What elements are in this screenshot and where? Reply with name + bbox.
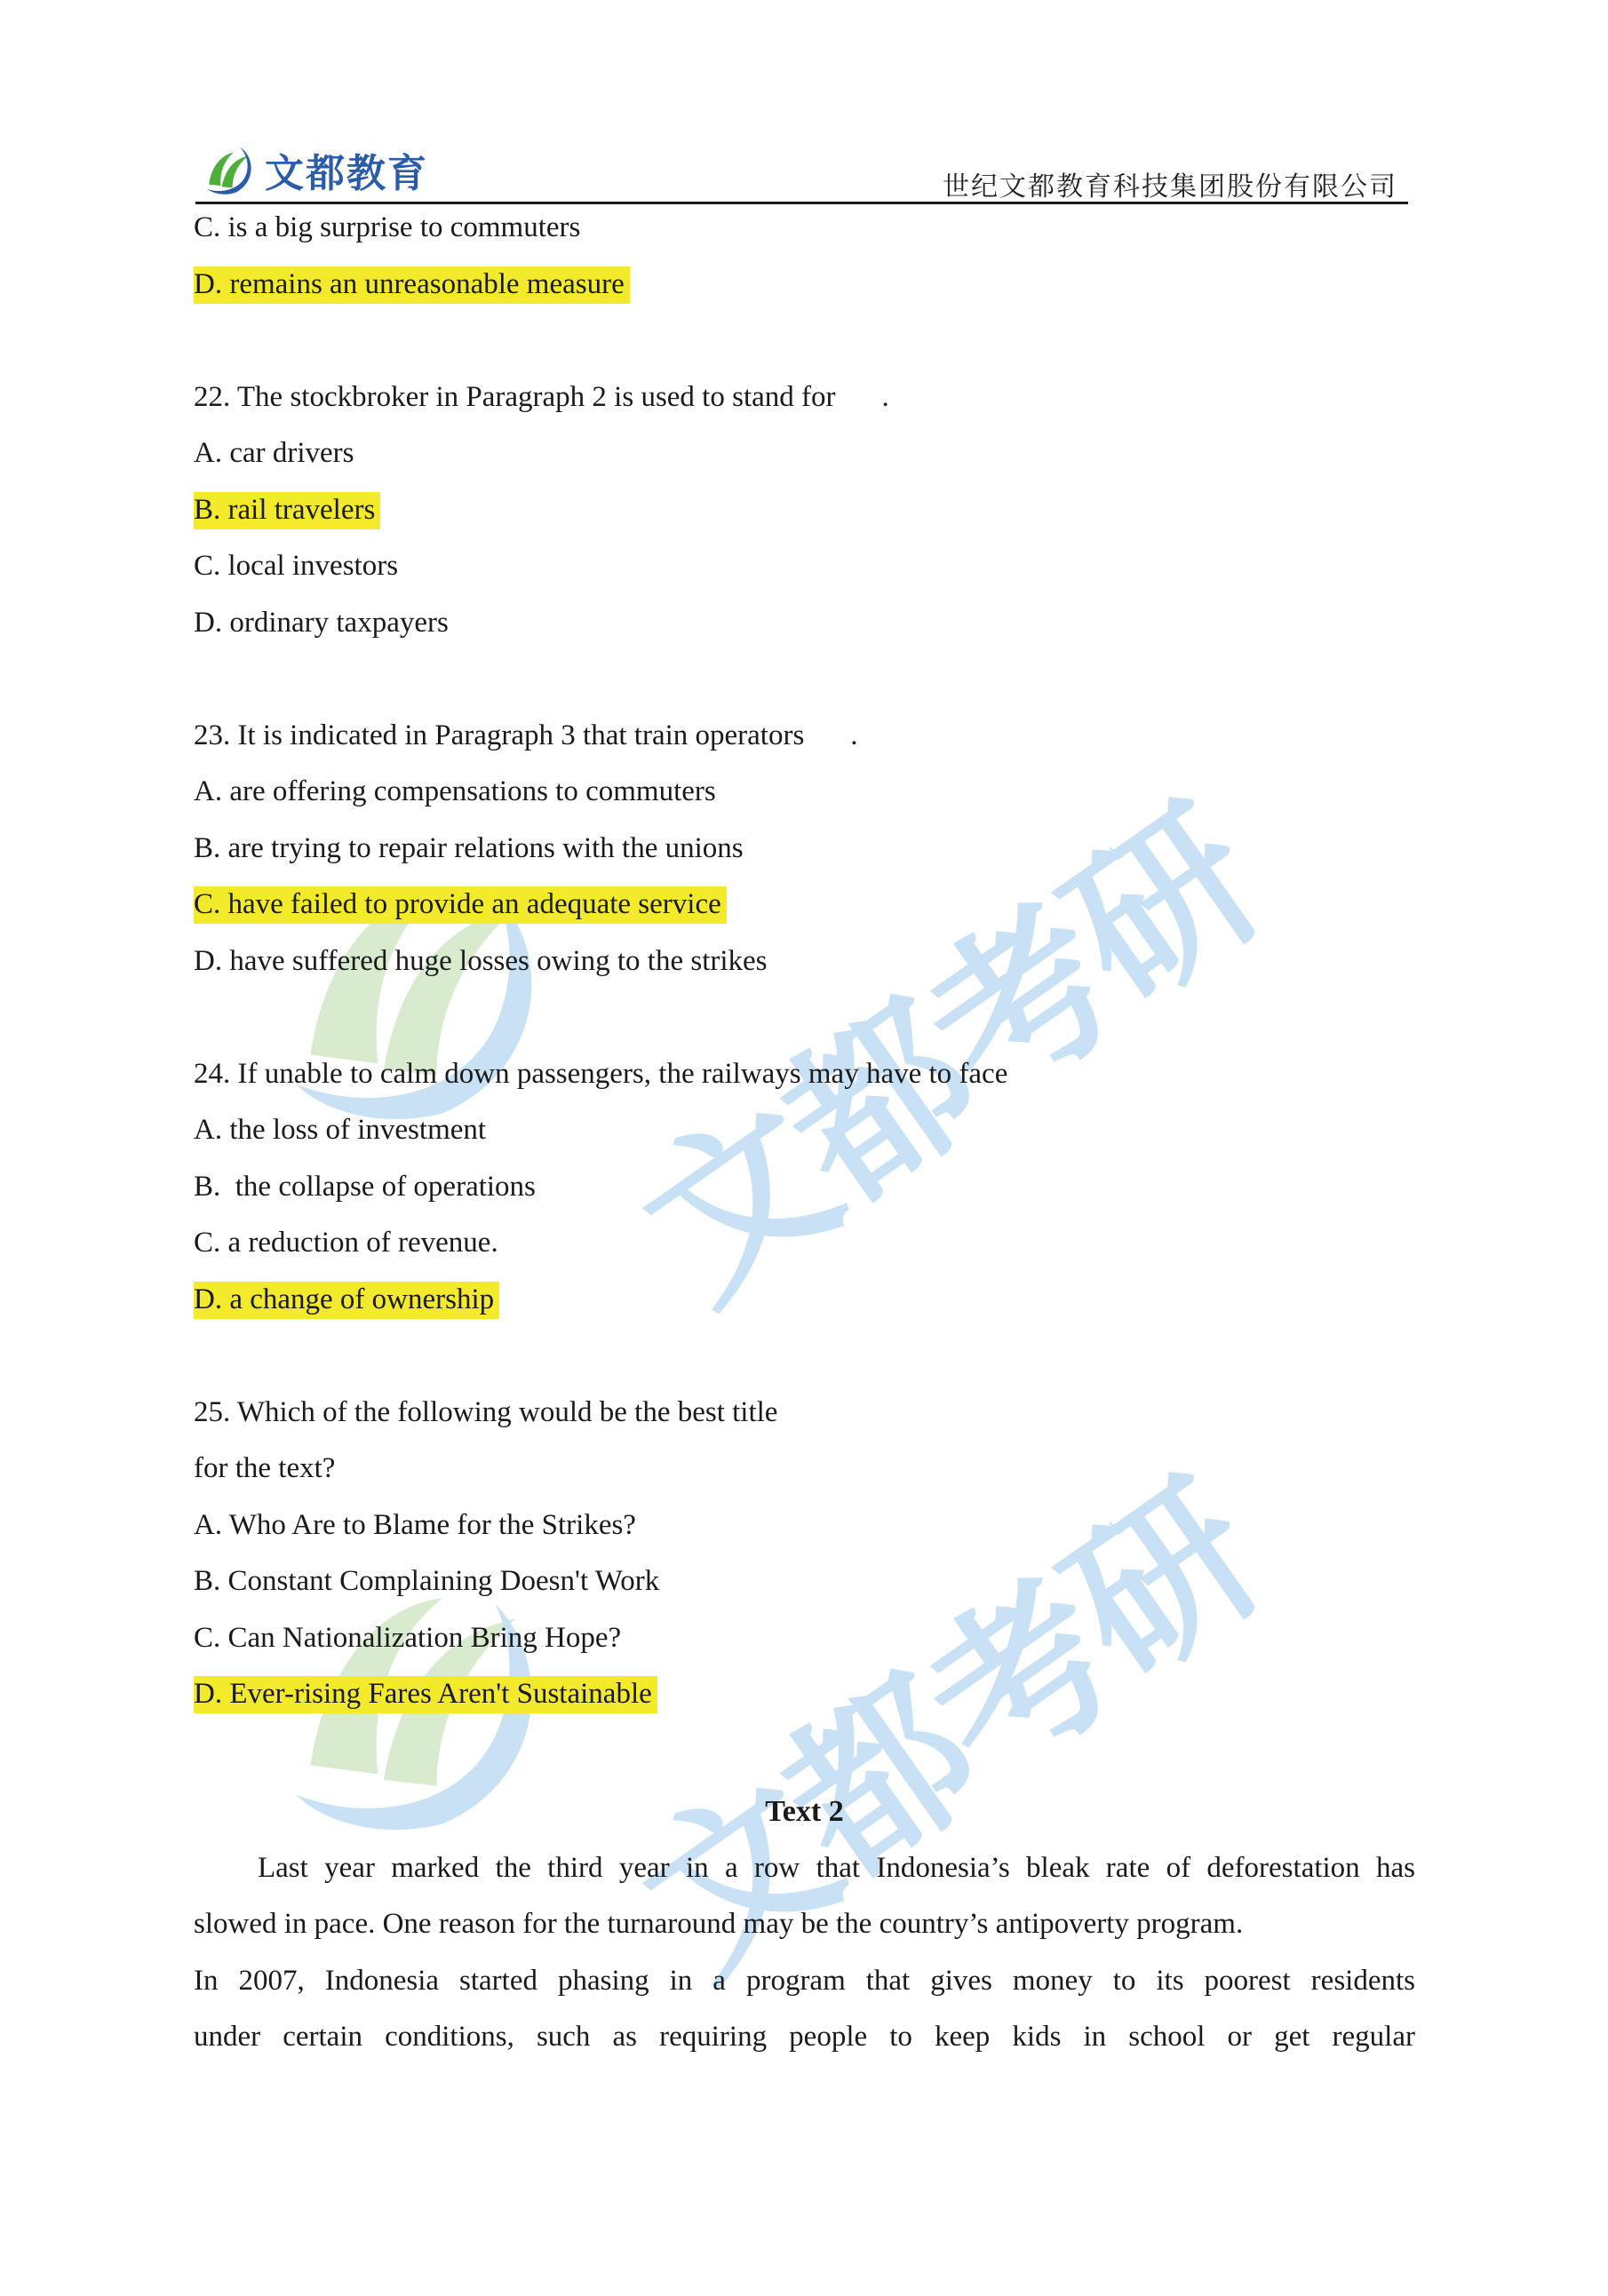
passage-line: In 2007, Indonesia started phasing in a … — [194, 1953, 1415, 2010]
option-label: A. are offering compensations to commute… — [194, 775, 716, 807]
spacer — [194, 651, 1415, 708]
highlighted-option-label: D. a change of ownership — [194, 1282, 499, 1319]
brand-logo-icon — [203, 143, 256, 196]
option-q24-a: A. the loss of investment — [194, 1102, 1415, 1159]
option-q24-b: B. the collapse of operations — [194, 1159, 1415, 1216]
option-label: B. the collapse of operations — [194, 1171, 536, 1203]
question-stem: 25. Which of the following would be the … — [194, 1396, 777, 1428]
passage-line: slowed in pace. One reason for the turna… — [194, 1896, 1415, 1953]
page-header: 文都教育 世纪文都教育科技集团股份有限公司 — [195, 138, 1408, 207]
option-label: B. are trying to repair relations with t… — [194, 832, 744, 864]
stem-suffix: . — [882, 381, 889, 413]
option-q25-d: D. Ever-rising Fares Aren't Sustainable — [194, 1666, 1415, 1723]
option-q23-d: D. have suffered huge losses owing to th… — [194, 933, 1415, 990]
question-25-stem: 25. Which of the following would be the … — [194, 1385, 1415, 1442]
option-q22-b: B. rail travelers — [194, 482, 1415, 539]
option-label: C. is a big surprise to commuters — [194, 211, 580, 243]
spacer — [194, 1723, 1415, 1780]
highlighted-option-label: B. rail travelers — [194, 492, 380, 529]
company-name: 世纪文都教育科技集团股份有限公司 — [943, 164, 1397, 203]
passage-line: under certain conditions, such as requir… — [194, 2009, 1415, 2066]
option-q21-d: D. remains an unreasonable measure — [194, 257, 1415, 314]
option-q22-d: D. ordinary taxpayers — [194, 595, 1415, 652]
option-label: D. have suffered huge losses owing to th… — [194, 945, 768, 977]
option-q23-c: C. have failed to provide an adequate se… — [194, 877, 1415, 933]
option-q21-c: C. is a big surprise to commuters — [194, 200, 1415, 257]
highlighted-option-label: C. have failed to provide an adequate se… — [194, 886, 727, 924]
brand-logo: 文都教育 — [203, 138, 428, 202]
question-stem-continued: for the text? — [194, 1452, 335, 1484]
question-24-stem: 24. If unable to calm down passengers, t… — [194, 1046, 1415, 1103]
question-stem: 24. If unable to calm down passengers, t… — [194, 1058, 1007, 1090]
question-25-stem-continued: for the text? — [194, 1441, 1415, 1498]
option-q24-c: C. a reduction of revenue. — [194, 1215, 1415, 1272]
option-q25-b: B. Constant Complaining Doesn't Work — [194, 1553, 1415, 1610]
option-label: A. Who Are to Blame for the Strikes? — [194, 1509, 636, 1541]
stem-suffix: . — [850, 719, 857, 751]
spacer — [194, 989, 1415, 1046]
page-content: C. is a big surprise to commuters D. rem… — [194, 200, 1415, 2066]
option-q24-d: D. a change of ownership — [194, 1272, 1415, 1329]
highlighted-option-label: D. Ever-rising Fares Aren't Sustainable — [194, 1676, 657, 1713]
spacer — [194, 1328, 1415, 1385]
option-label: A. the loss of investment — [194, 1114, 486, 1146]
spacer — [194, 313, 1415, 369]
option-label: B. Constant Complaining Doesn't Work — [194, 1565, 659, 1597]
option-q25-a: A. Who Are to Blame for the Strikes? — [194, 1498, 1415, 1554]
option-q22-c: C. local investors — [194, 538, 1415, 595]
option-q23-b: B. are trying to repair relations with t… — [194, 821, 1415, 878]
question-23-stem: 23. It is indicated in Paragraph 3 that … — [194, 708, 1415, 765]
option-label: D. ordinary taxpayers — [194, 607, 449, 639]
option-label: C. a reduction of revenue. — [194, 1227, 498, 1259]
section-title: Text 2 — [194, 1784, 1415, 1840]
question-stem: 23. It is indicated in Paragraph 3 that … — [194, 719, 804, 751]
option-q23-a: A. are offering compensations to commute… — [194, 764, 1415, 821]
highlighted-option-label: D. remains an unreasonable measure — [194, 266, 630, 304]
brand-name: 文都教育 — [265, 141, 428, 198]
question-22-stem: 22. The stockbroker in Paragraph 2 is us… — [194, 369, 1415, 426]
question-stem: 22. The stockbroker in Paragraph 2 is us… — [194, 381, 836, 413]
option-label: C. local investors — [194, 550, 398, 582]
option-q25-c: C. Can Nationalization Bring Hope? — [194, 1610, 1415, 1667]
option-q22-a: A. car drivers — [194, 425, 1415, 482]
option-label: C. Can Nationalization Bring Hope? — [194, 1622, 621, 1654]
option-label: A. car drivers — [194, 437, 354, 469]
passage-line: Last year marked the third year in a row… — [194, 1840, 1415, 1897]
